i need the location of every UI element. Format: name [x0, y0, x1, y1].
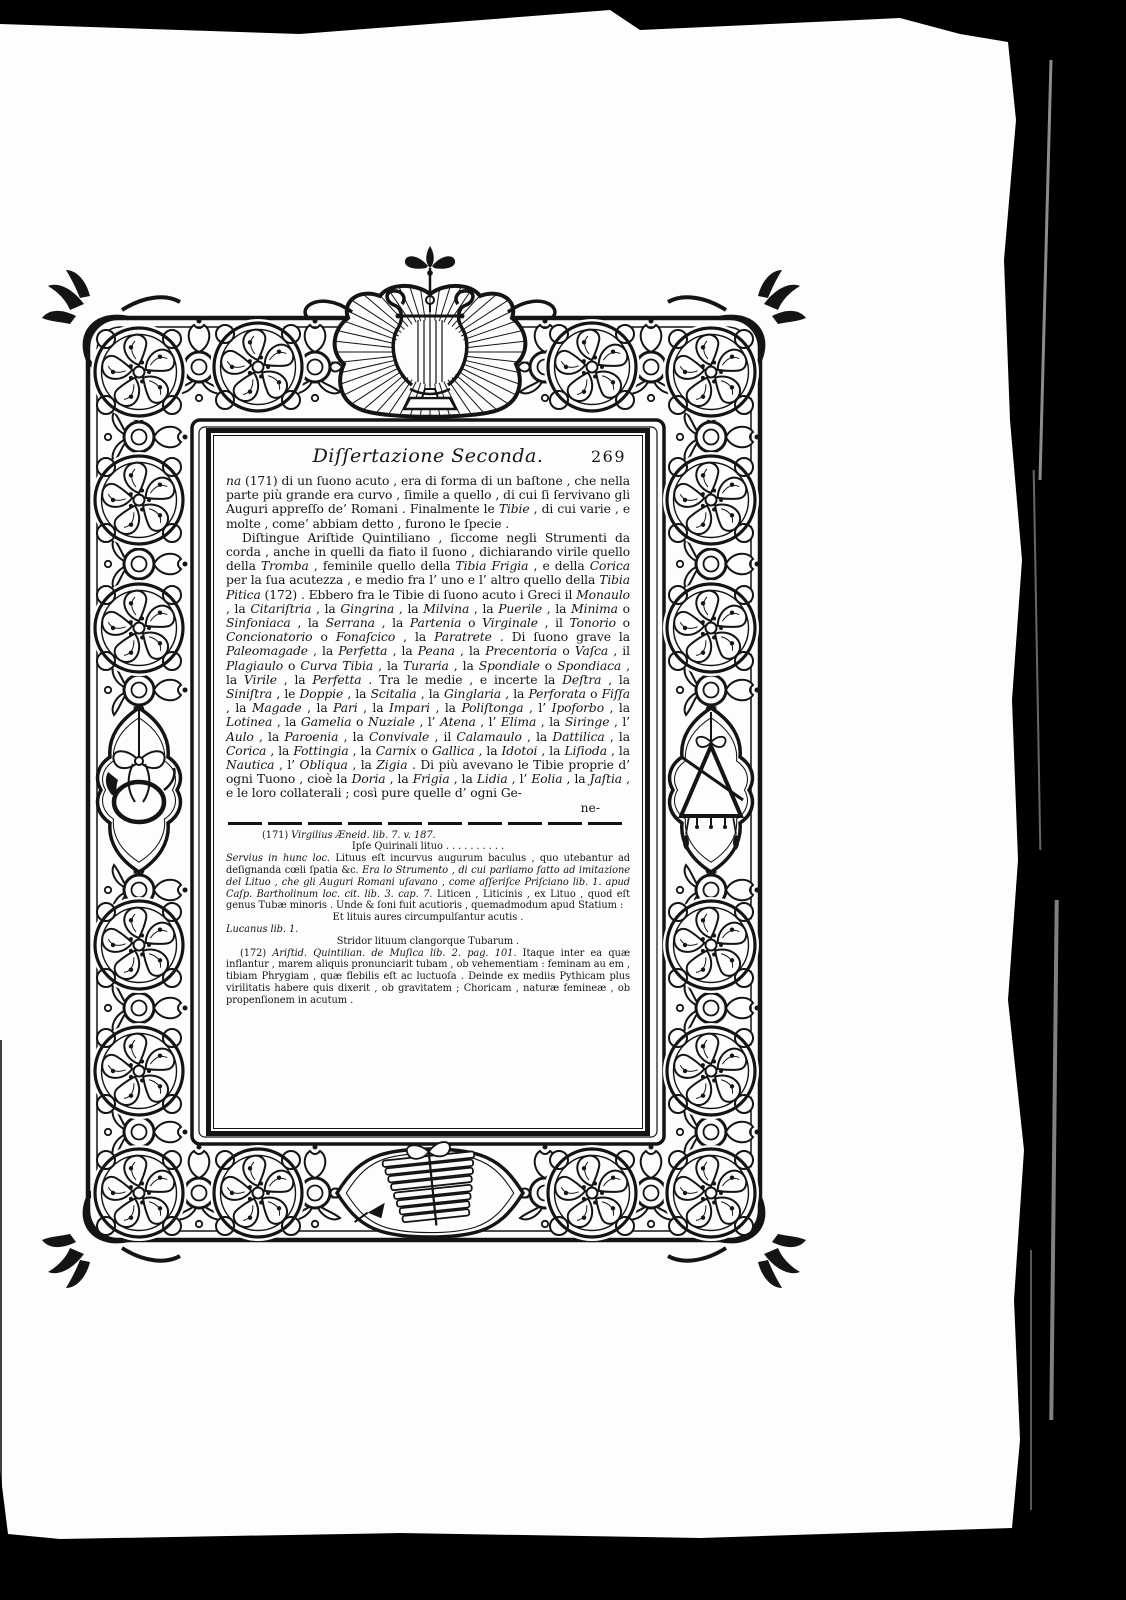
footnote-line: Et lituis aures circumpulſantur acutis . [226, 912, 630, 924]
footnotes: (171) Virgilius Æneid. lib. 7. v. 187. I… [226, 830, 630, 1007]
footnote-separator-rule [228, 822, 628, 825]
footnote-line: Servius in hunc loc. Lituus eſt incurvus… [226, 853, 630, 912]
scanned-book-page: Diſſertazione Seconda. 269 na (171) di u… [0, 0, 1126, 1600]
triangle-cartouche [670, 708, 753, 872]
running-head: Diſſertazione Seconda. 269 [226, 445, 630, 467]
page-number: 269 [591, 447, 626, 466]
paragraph: na (171) di un ſuono acuto , era di form… [226, 474, 630, 531]
horn-cartouche [98, 708, 181, 872]
paragraph: Diſtingue Ariſtide Quintiliano , ſiccome… [226, 531, 630, 801]
text-box: Diſſertazione Seconda. 269 na (171) di u… [206, 428, 650, 1136]
footnote-line: Stridor lituum clangorque Tubarum . [226, 936, 630, 948]
text-box-inner: Diſſertazione Seconda. 269 na (171) di u… [213, 435, 643, 1129]
page-title: Diſſertazione Seconda. [313, 445, 544, 467]
catchword: ne- [226, 801, 630, 815]
footnote-line: (172) Ariſtid. Quintilian. de Muſica lib… [226, 948, 630, 1007]
lyre-cartouche [305, 246, 555, 447]
footnote-line: Ipſe Quirinali lituo . . . . . . . . . . [226, 841, 630, 853]
panpipes-cartouche [337, 1139, 523, 1237]
footnote-line: Lucanus lib. 1. [226, 924, 630, 936]
footnote-line: (171) Virgilius Æneid. lib. 7. v. 187. [226, 830, 630, 842]
